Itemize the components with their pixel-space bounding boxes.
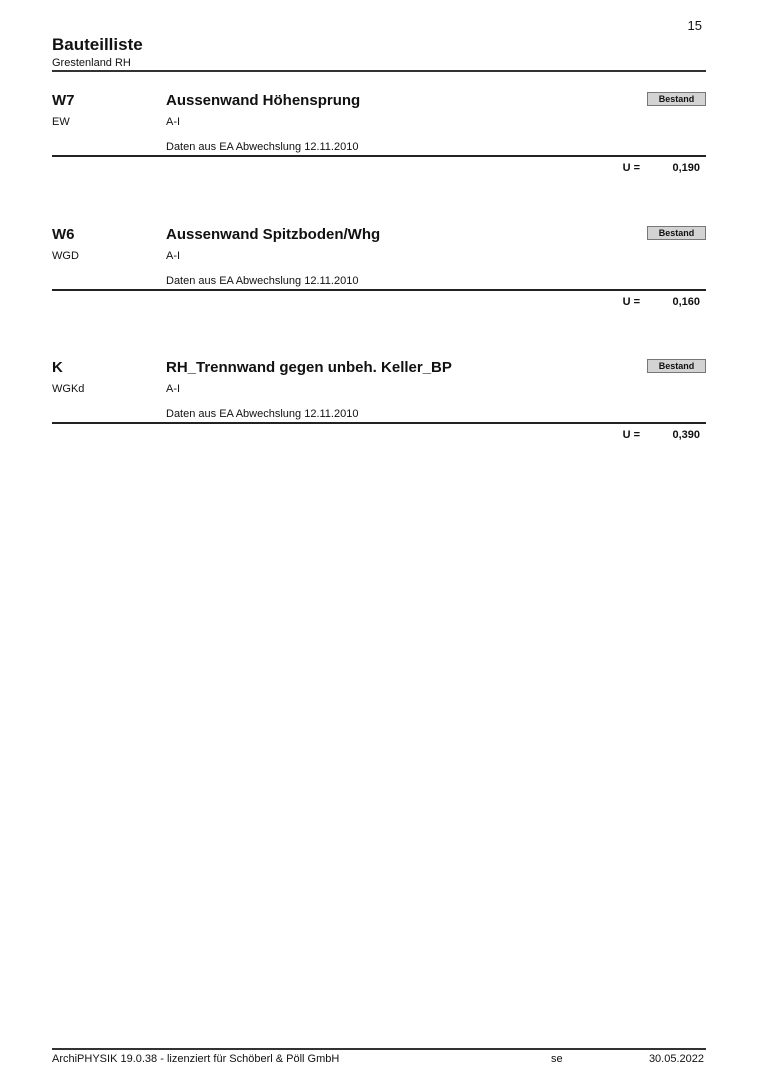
u-value-label: U = bbox=[623, 296, 640, 308]
component-code: K bbox=[52, 359, 63, 376]
component-name: Aussenwand Höhensprung bbox=[166, 92, 360, 109]
component-divider bbox=[52, 155, 706, 157]
footer-divider bbox=[52, 1048, 706, 1050]
component-variant: A-I bbox=[166, 116, 180, 128]
footer-date: 30.05.2022 bbox=[649, 1053, 704, 1065]
u-value: 0,160 bbox=[672, 296, 700, 308]
u-value-label: U = bbox=[623, 429, 640, 441]
page-number: 15 bbox=[688, 18, 702, 33]
component-note: Daten aus EA Abwechslung 12.11.2010 bbox=[166, 408, 358, 420]
status-badge: Bestand bbox=[647, 359, 706, 373]
u-value: 0,190 bbox=[672, 162, 700, 174]
project-name: Grestenland RH bbox=[52, 57, 131, 69]
component-divider bbox=[52, 289, 706, 291]
component-name: RH_Trennwand gegen unbeh. Keller_BP bbox=[166, 359, 452, 376]
component-variant: A-I bbox=[166, 250, 180, 262]
status-badge: Bestand bbox=[647, 92, 706, 106]
footer-software: ArchiPHYSIK 19.0.38 - lizenziert für Sch… bbox=[52, 1053, 339, 1065]
component-type: WGKd bbox=[52, 383, 84, 395]
component-note: Daten aus EA Abwechslung 12.11.2010 bbox=[166, 141, 358, 153]
u-value: 0,390 bbox=[672, 429, 700, 441]
component-code: W6 bbox=[52, 226, 75, 243]
component-code: W7 bbox=[52, 92, 75, 109]
component-variant: A-I bbox=[166, 383, 180, 395]
component-entry: W7 Aussenwand Höhensprung Bestand EW A-I… bbox=[52, 92, 706, 182]
footer-user: se bbox=[551, 1053, 563, 1065]
component-type: WGD bbox=[52, 250, 79, 262]
u-value-label: U = bbox=[623, 162, 640, 174]
page-title: Bauteilliste bbox=[52, 35, 143, 55]
component-entry: K RH_Trennwand gegen unbeh. Keller_BP Be… bbox=[52, 359, 706, 449]
component-type: EW bbox=[52, 116, 70, 128]
status-badge: Bestand bbox=[647, 226, 706, 240]
header-divider bbox=[52, 70, 706, 72]
component-entry: W6 Aussenwand Spitzboden/Whg Bestand WGD… bbox=[52, 226, 706, 316]
component-divider bbox=[52, 422, 706, 424]
component-note: Daten aus EA Abwechslung 12.11.2010 bbox=[166, 275, 358, 287]
component-name: Aussenwand Spitzboden/Whg bbox=[166, 226, 380, 243]
